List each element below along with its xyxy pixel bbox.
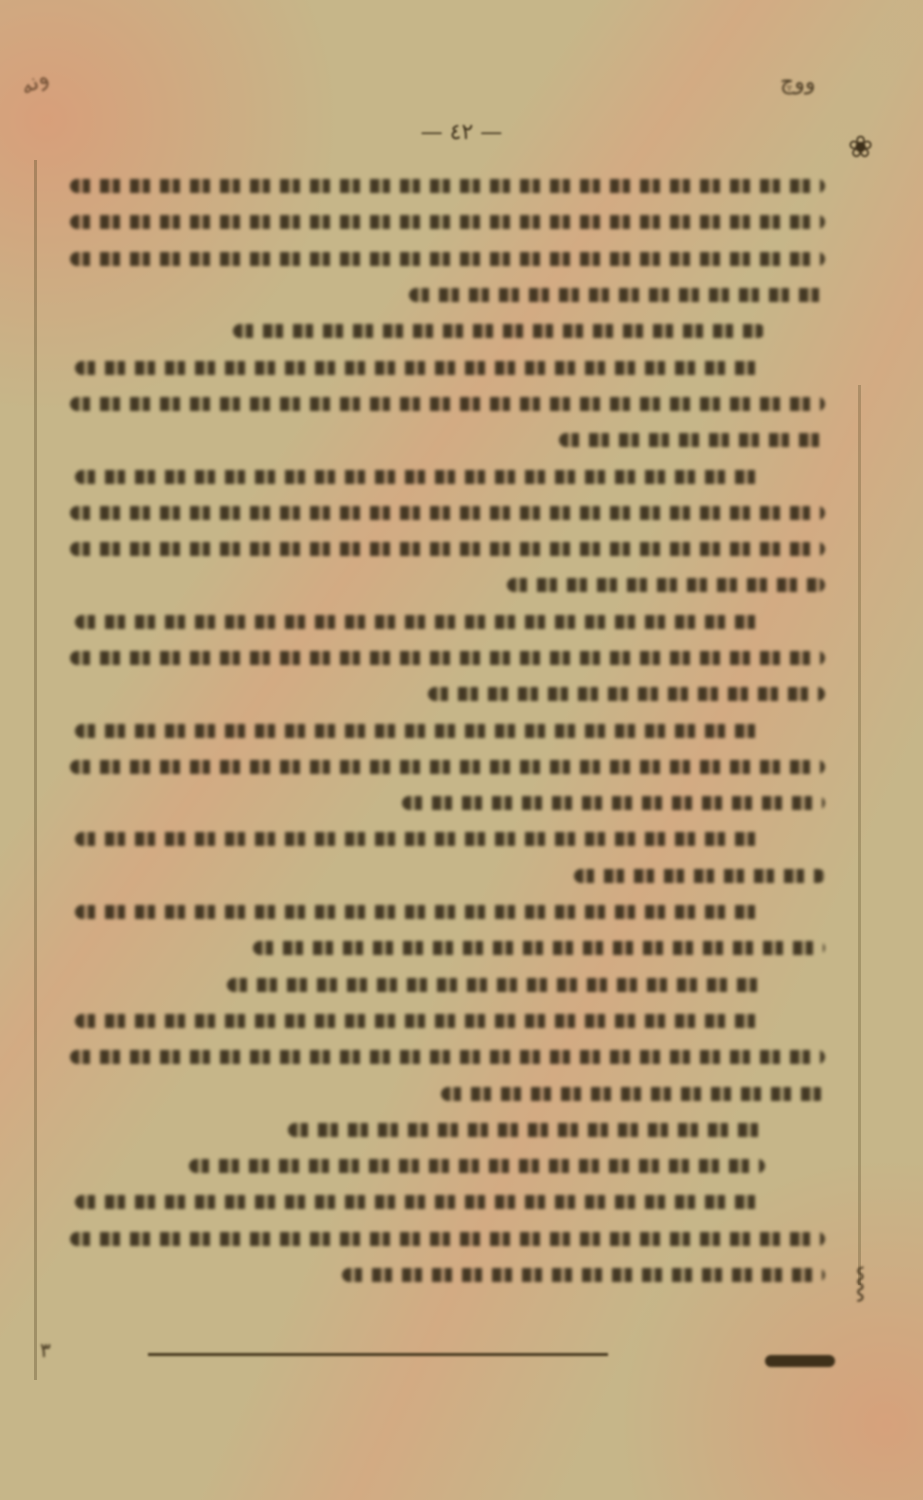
- page-border-left: [34, 160, 37, 1380]
- illegible-text: [75, 361, 765, 375]
- illegible-text: [233, 324, 765, 338]
- text-line: [65, 349, 825, 385]
- illegible-text: [441, 1087, 825, 1101]
- text-line: [65, 785, 825, 821]
- illegible-text: [253, 941, 825, 955]
- text-line: [65, 749, 825, 785]
- page-number: — ٤٢ —: [0, 120, 923, 145]
- text-line: [65, 567, 825, 603]
- illegible-text: [70, 215, 825, 229]
- text-line: [65, 204, 825, 240]
- text-line: [65, 277, 825, 313]
- signature-mark: ٣: [40, 1338, 51, 1362]
- text-line: [65, 1148, 825, 1184]
- top-right-annotation: ووچ: [780, 70, 815, 95]
- text-line: [65, 676, 825, 712]
- illegible-text: [574, 869, 825, 883]
- text-line: [65, 640, 825, 676]
- text-line: [65, 1003, 825, 1039]
- illegible-text: [428, 687, 825, 701]
- illegible-text: [75, 1014, 765, 1028]
- text-line: [65, 967, 825, 1003]
- text-line: [65, 1112, 825, 1148]
- illegible-text: [409, 288, 825, 302]
- illegible-text: [70, 542, 825, 556]
- illegible-text: [70, 651, 825, 665]
- illegible-text: [75, 724, 765, 738]
- text-line: [65, 1075, 825, 1111]
- text-line: [65, 386, 825, 422]
- illegible-text: [189, 1159, 765, 1173]
- page-border-right: [858, 385, 861, 1285]
- text-line: [65, 458, 825, 494]
- illegible-text: [75, 1195, 765, 1209]
- catchword-text: [765, 1355, 835, 1367]
- scanned-page: ونه ووچ ❀ — ٤٢ — ٣ ⸾: [0, 0, 923, 1500]
- illegible-text: [342, 1268, 825, 1282]
- illegible-text: [402, 796, 825, 810]
- illegible-text: [559, 433, 825, 447]
- text-line: [65, 858, 825, 894]
- text-line: [65, 604, 825, 640]
- text-line: [65, 531, 825, 567]
- text-line: [65, 241, 825, 277]
- text-line: [65, 1257, 825, 1293]
- illegible-text: [75, 470, 765, 484]
- text-line: [65, 1184, 825, 1220]
- illegible-text: [70, 1232, 825, 1246]
- illegible-text: [70, 252, 825, 266]
- illegible-text: [70, 1050, 825, 1064]
- illegible-text: [75, 905, 765, 919]
- illegible-text: [70, 506, 825, 520]
- text-line: [65, 422, 825, 458]
- text-line: [65, 894, 825, 930]
- illegible-text: [227, 978, 765, 992]
- page-body-text: [65, 168, 825, 1293]
- text-line: [65, 1221, 825, 1257]
- text-line: [65, 1039, 825, 1075]
- text-line: [65, 821, 825, 857]
- catchword: [765, 1348, 835, 1372]
- footer-rule: [148, 1353, 608, 1356]
- text-line: [65, 712, 825, 748]
- margin-mark: ⸾: [855, 1260, 866, 1301]
- illegible-text: [70, 179, 825, 193]
- top-left-annotation: ونه: [16, 65, 53, 101]
- illegible-text: [75, 832, 765, 846]
- illegible-text: [70, 397, 825, 411]
- illegible-text: [75, 615, 765, 629]
- illegible-text: [70, 760, 825, 774]
- text-line: [65, 930, 825, 966]
- illegible-text: [288, 1123, 765, 1137]
- text-line: [65, 313, 825, 349]
- text-line: [65, 495, 825, 531]
- text-line: [65, 168, 825, 204]
- illegible-text: [507, 578, 825, 592]
